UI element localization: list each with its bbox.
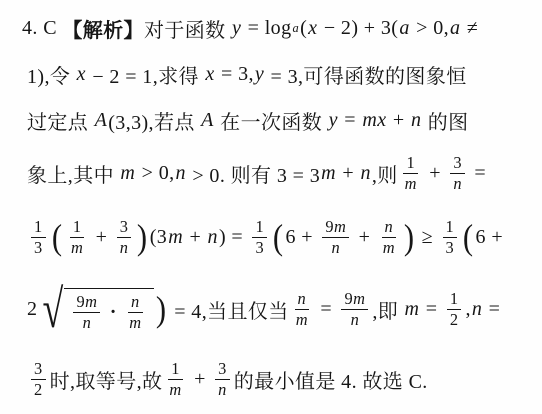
big-paren: ( — [52, 222, 63, 253]
text-run: 1 — [255, 218, 264, 236]
text-line-3: 过定点 A(3,3),若点 A 在一次函数 y = mx + n 的图 — [0, 97, 542, 144]
text-run: ,则 — [372, 159, 398, 188]
text-run: − 2 = 1,求得 — [87, 60, 204, 89]
math-variable: m — [383, 239, 395, 257]
fraction: 9mn — [322, 218, 349, 256]
fraction-denominator: m — [166, 380, 184, 399]
text-run: 3 — [255, 239, 264, 257]
text-run: 9 — [344, 290, 353, 308]
text-run: 3 — [120, 218, 129, 236]
text-run: = — [483, 298, 500, 321]
math-variable: mx — [361, 109, 387, 132]
fraction-denominator: m — [380, 238, 398, 257]
fraction-numerator: n — [128, 293, 143, 313]
fraction-numerator: 3 — [117, 218, 132, 238]
fraction: 3n — [450, 154, 465, 192]
text-run: 1),令 — [27, 60, 76, 89]
text-run: + — [424, 162, 446, 185]
math-variable: n — [131, 293, 140, 311]
text-run: = log — [242, 17, 291, 40]
text-run: 2 — [450, 311, 459, 329]
radicand: 9mn · nm — [64, 288, 154, 331]
text-run: ,即 — [372, 295, 403, 324]
math-variable: n — [218, 381, 227, 399]
fraction: 3n — [117, 218, 132, 256]
text-run: 1 — [406, 154, 415, 172]
text-run: 时,取等号,故 — [50, 365, 163, 394]
text-run: (3 — [150, 226, 167, 249]
fraction: 1m — [166, 360, 184, 398]
text-run: > 0, — [411, 17, 449, 40]
text-run: 2 — [34, 381, 43, 399]
big-paren: ) — [137, 222, 148, 253]
solution-text: 4. C 【解析】对于函数 y = loga(x − 2) + 3(a > 0,… — [0, 5, 542, 411]
text-run: (3,3),若点 — [108, 106, 200, 135]
text-run: 4. C — [22, 17, 62, 40]
text-run: 1 — [34, 218, 43, 236]
text-line-5: 13(1m + 3n)(3m + n) = 13(6 + 9mn + nm) ≥… — [0, 202, 542, 272]
math-variable: n — [298, 290, 307, 308]
math-variable: n — [359, 162, 371, 185]
fraction-denominator: 3 — [252, 238, 267, 257]
fraction: 13 — [252, 218, 267, 256]
text-run: 1 — [450, 290, 459, 308]
fraction: 9mn — [341, 290, 368, 328]
fraction: 13 — [31, 218, 46, 256]
fraction: 3n — [215, 360, 230, 398]
math-variable: y — [328, 109, 339, 132]
math-variable: a — [449, 17, 461, 40]
text-run: + — [184, 226, 206, 249]
text-line-2: 1),令 x − 2 = 1,求得 x = 3,y = 3,可得函数的图象恒 — [0, 51, 542, 97]
text-run: = — [339, 109, 361, 132]
math-variable: n — [332, 239, 341, 257]
fraction-denominator: 3 — [31, 238, 46, 257]
fraction: 13 — [443, 218, 458, 256]
text-run: = — [315, 298, 337, 321]
fraction-denominator: n — [215, 380, 230, 399]
text-run: 2 — [27, 298, 37, 321]
math-variable: n — [471, 298, 483, 321]
fraction-numerator: 1 — [70, 218, 85, 238]
solution-page: 4. C 【解析】对于函数 y = loga(x − 2) + 3(a > 0,… — [0, 0, 542, 414]
math-variable: m — [320, 162, 337, 185]
math-variable: m — [404, 298, 421, 321]
math-variable: m — [119, 162, 136, 185]
math-variable: m — [167, 226, 184, 249]
text-run: 6 + — [476, 226, 503, 249]
big-paren: ( — [273, 222, 284, 253]
math-variable: y — [231, 17, 242, 40]
math-variable: m — [169, 381, 181, 399]
text-run: ( — [300, 17, 307, 40]
fraction-denominator: n — [80, 313, 95, 332]
fraction-denominator: n — [117, 238, 132, 257]
fraction: nm — [380, 218, 398, 256]
text-run: + — [387, 109, 409, 132]
fraction-numerator: 1 — [31, 218, 46, 238]
text-run: + — [337, 162, 359, 185]
text-run: > 0, — [136, 162, 174, 185]
fraction-denominator: n — [329, 238, 344, 257]
fraction-denominator: m — [293, 310, 311, 329]
fraction-numerator: n — [382, 218, 397, 238]
big-paren: ( — [463, 222, 474, 253]
text-run: 1 — [73, 218, 82, 236]
fraction-numerator: 9m — [322, 218, 349, 238]
bold-text: 【解析】 — [62, 14, 144, 43]
text-line-6: 2√9mn · nm) = 4,当且仅当nm = 9mn,即 m = 12,n … — [0, 272, 542, 347]
fraction: 9mn — [73, 293, 100, 331]
math-variable: m — [296, 311, 308, 329]
text-run: 3 — [34, 360, 43, 378]
fraction: nm — [293, 290, 311, 328]
fraction-numerator: 3 — [31, 360, 46, 380]
fraction-numerator: 9m — [341, 290, 368, 310]
math-variable: y — [254, 63, 265, 86]
fraction-numerator: n — [295, 290, 310, 310]
text-run: 3 — [446, 239, 455, 257]
text-run: 在一次函数 — [215, 106, 328, 135]
text-run: 象上,其中 — [27, 159, 119, 188]
math-variable: m — [353, 290, 365, 308]
math-variable: A — [200, 109, 215, 132]
bold-text: · — [104, 301, 122, 324]
text-run: + — [189, 368, 211, 391]
text-run: 的最小值是 4. 故选 C. — [234, 365, 428, 394]
math-variable: n — [351, 311, 360, 329]
fraction-denominator: 3 — [443, 238, 458, 257]
text-run: = 3,可得函数的图象恒 — [265, 60, 466, 89]
fraction-numerator: 1 — [403, 154, 418, 174]
text-run: 1 — [171, 360, 180, 378]
math-variable: x — [76, 63, 87, 86]
fraction-denominator: m — [68, 238, 86, 257]
math-variable: n — [385, 218, 394, 236]
text-run: = 4,当且仅当 — [169, 295, 289, 324]
fraction-denominator: m — [402, 174, 420, 193]
text-run: > 0. 则有 3 = 3 — [187, 159, 320, 188]
text-run: 9 — [76, 293, 85, 311]
math-variable: n — [207, 226, 219, 249]
fraction: 1m — [402, 154, 420, 192]
big-paren: ) — [404, 222, 415, 253]
text-run: + — [353, 226, 375, 249]
math-variable: m — [334, 218, 346, 236]
text-run: = — [469, 162, 486, 185]
math-variable: x — [204, 63, 215, 86]
fraction-denominator: n — [348, 310, 363, 329]
math-variable: A — [94, 109, 109, 132]
math-variable: m — [405, 175, 417, 193]
fraction: 1m — [68, 218, 86, 256]
math-variable: x — [307, 17, 318, 40]
text-line-4: 象上,其中 m > 0,n > 0. 则有 3 = 3m + n,则1m + 3… — [0, 144, 542, 202]
fraction-numerator: 9m — [73, 293, 100, 313]
math-variable: n — [83, 314, 92, 332]
fraction-denominator: n — [450, 174, 465, 193]
text-run: 3 — [453, 154, 462, 172]
fraction-numerator: 3 — [450, 154, 465, 174]
text-run: ≠ — [461, 17, 478, 40]
text-line-7: 32时,取等号,故1m + 3n的最小值是 4. 故选 C. — [0, 347, 542, 411]
fraction-numerator: 3 — [215, 360, 230, 380]
fraction: nm — [126, 293, 144, 331]
fraction-denominator: m — [126, 313, 144, 332]
math-variable: n — [120, 239, 129, 257]
fraction-numerator: 1 — [252, 218, 267, 238]
text-run: 过定点 — [27, 106, 94, 135]
radical-sign: √ — [43, 288, 64, 331]
fraction: 32 — [31, 360, 46, 398]
text-run: 3 — [218, 360, 227, 378]
text-run: 对于函数 — [144, 14, 231, 43]
math-variable: m — [85, 293, 97, 311]
big-paren: ) — [156, 294, 167, 325]
text-run: = 3, — [216, 63, 254, 86]
square-root: √9mn · nm — [38, 288, 154, 331]
fraction-numerator: 1 — [168, 360, 183, 380]
text-run: 3 — [34, 239, 43, 257]
math-variable: m — [129, 314, 141, 332]
fraction-numerator: 1 — [447, 290, 462, 310]
text-run: + — [90, 226, 112, 249]
math-variable: n — [410, 109, 422, 132]
text-run: 的图 — [422, 106, 468, 135]
text-run: ) = — [219, 226, 249, 249]
fraction-denominator: 2 — [447, 310, 462, 329]
text-line-1: 4. C 【解析】对于函数 y = loga(x − 2) + 3(a > 0,… — [0, 5, 542, 51]
fraction: 12 — [447, 290, 462, 328]
math-variable: m — [71, 239, 83, 257]
text-run: 1 — [446, 218, 455, 236]
text-run: 9 — [325, 218, 334, 236]
math-variable: n — [453, 175, 462, 193]
text-run: 6 + — [285, 226, 318, 249]
text-run: − 2) + 3( — [318, 17, 398, 40]
text-run: = — [420, 298, 442, 321]
text-run: ≥ — [416, 226, 438, 249]
fraction-numerator: 1 — [443, 218, 458, 238]
fraction-denominator: 2 — [31, 380, 46, 399]
math-variable: n — [175, 162, 187, 185]
math-variable: a — [398, 17, 410, 40]
